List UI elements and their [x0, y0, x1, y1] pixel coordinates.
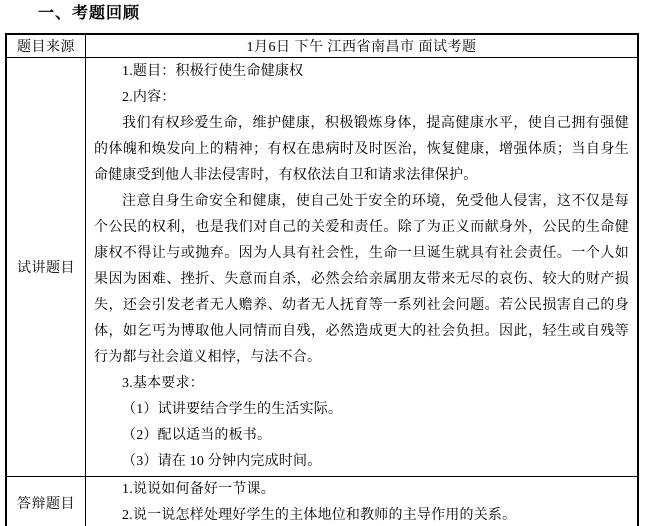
lecture-title-line: 1.题目：积极行使生命健康权	[94, 59, 629, 85]
row-label-lecture-topic: 试讲题目	[6, 58, 86, 477]
table-row-lecture-topic: 试讲题目 1.题目：积极行使生命健康权 2.内容： 我们有权珍爱生命，维护健康，…	[6, 58, 638, 477]
lecture-content-label: 2.内容：	[94, 85, 629, 111]
lecture-basic-requirements-label: 3.基本要求：	[94, 371, 629, 397]
lecture-topic-content: 1.题目：积极行使生命健康权 2.内容： 我们有权珍爱生命，维护健康，积极锻炼身…	[86, 58, 639, 477]
row-label-defense: 答辩题目	[6, 477, 86, 526]
exam-review-table: 题目来源 1月6日 下午 江西省南昌市 面试考题 试讲题目 1.题目：积极行使生…	[5, 33, 639, 526]
lecture-content-paragraph-1: 我们有权珍爱生命，维护健康，积极锻炼身体，提高健康水平，使自己拥有强健的体魄和焕…	[94, 111, 629, 189]
defense-question-2: 2.说一说怎样处理好学生的主体地位和教师的主导作用的关系。	[94, 503, 629, 526]
lecture-requirement-3: （3）请在 10 分钟内完成时间。	[94, 449, 629, 475]
table-row-defense: 答辩题目 1.说说如何备好一节课。 2.说一说怎样处理好学生的主体地位和教师的主…	[6, 477, 638, 526]
document-page: 一、考题回顾 题目来源 1月6日 下午 江西省南昌市 面试考题 试讲题目 1.题…	[0, 2, 645, 526]
lecture-requirement-1: （1）试讲要结合学生的生活实际。	[94, 397, 629, 423]
lecture-content-paragraph-2: 注意自身生命安全和健康，使自己处于安全的环境，免受他人侵害，这不仅是每个公民的权…	[94, 189, 629, 371]
defense-content: 1.说说如何备好一节课。 2.说一说怎样处理好学生的主体地位和教师的主导作用的关…	[86, 477, 639, 526]
question-source-value: 1月6日 下午 江西省南昌市 面试考题	[86, 34, 639, 58]
section-heading: 一、考题回顾	[38, 2, 645, 26]
table-row-source: 题目来源 1月6日 下午 江西省南昌市 面试考题	[6, 34, 638, 58]
row-label-question-source: 题目来源	[6, 34, 86, 58]
lecture-requirement-2: （2）配以适当的板书。	[94, 423, 629, 449]
defense-question-1: 1.说说如何备好一节课。	[94, 477, 629, 503]
